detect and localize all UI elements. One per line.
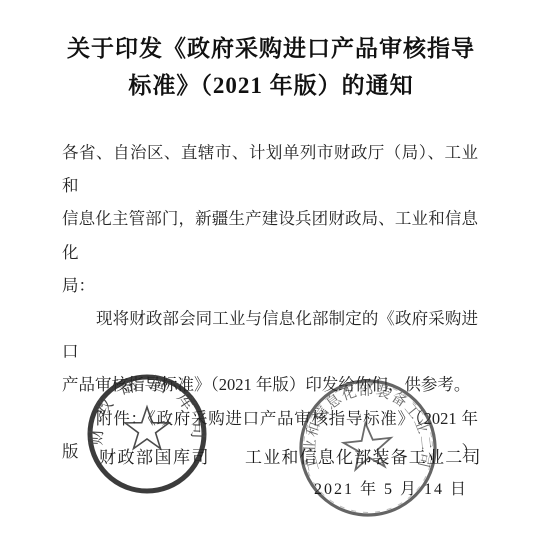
paragraph-line-2: 产品审核指导标准》（2021 年版）印发给你们，供参考。 [62, 368, 478, 401]
salutation-line-1: 各省、自治区、直辖市、计划单列市财政厅（局）、工业和 [62, 136, 478, 202]
salutation-line-3: 局： [62, 269, 478, 302]
title-line-1: 关于印发《政府采购进口产品审核指导 [0, 30, 542, 67]
signature-right-department: 工业和信息化部装备工业二司 [245, 443, 482, 468]
paragraph-line-1: 现将财政部会同工业与信息化部制定的《政府采购进口 [62, 302, 478, 368]
date-line: 2021 年 5 月 14 日 [314, 476, 468, 499]
document-page: 关于印发《政府采购进口产品审核指导 标准》（2021 年版）的通知 各省、自治区… [0, 0, 542, 554]
title-line-2: 标准》（2021 年版）的通知 [0, 67, 542, 104]
signature-left-department: 财政部国库司 [99, 443, 210, 468]
body-text: 各省、自治区、直辖市、计划单列市财政厅（局）、工业和 信息化主管部门，新疆生产建… [62, 136, 478, 468]
salutation-line-2: 信息化主管部门，新疆生产建设兵团财政局、工业和信息化 [62, 202, 478, 268]
document-title: 关于印发《政府采购进口产品审核指导 标准》（2021 年版）的通知 [0, 30, 542, 104]
